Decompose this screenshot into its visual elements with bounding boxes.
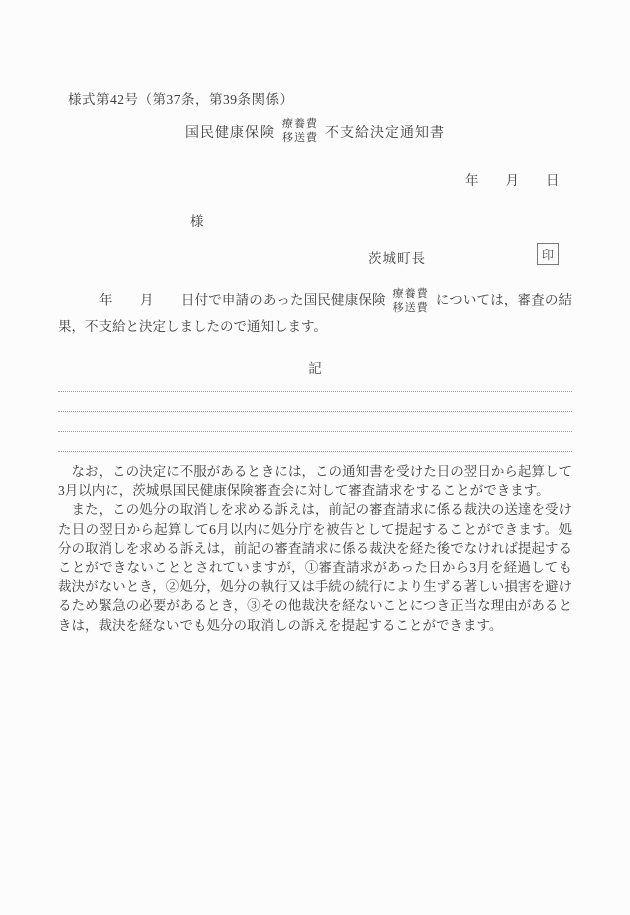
document-title: 国民健康保険 療養費 移送費 不支給決定通知書: [0, 118, 630, 145]
appeal-notes: なお，この決定に不服があるときには，この通知書を受けた日の翌日から起算して3月以…: [58, 462, 572, 635]
dotted-fill-line: [58, 372, 572, 392]
dotted-fill-line: [58, 432, 572, 452]
body-benefit-ryoyohi: 療養費: [393, 288, 429, 302]
decision-body: 年 月 日付で申請のあった国民健康保険療養費移送費については，審査の結果，不支給…: [58, 288, 572, 338]
issuer-mayor-name: 茨城町長: [368, 247, 426, 267]
seal-mark: 印: [542, 246, 554, 263]
title-insurance: 国民健康保険: [185, 122, 275, 142]
dotted-fill-line: [58, 392, 572, 412]
document-page: { "document": { "form_number": "様式第42号（第…: [0, 0, 630, 915]
dotted-fill-line: [58, 412, 572, 432]
body-benefit-isohi: 移送費: [393, 302, 429, 316]
appeal-note-request: なお，この決定に不服があるときには，この通知書を受けた日の翌日から起算して3月以…: [58, 462, 572, 500]
reason-fill-in-area: [58, 372, 572, 452]
issue-date-blank: 年 月 日: [465, 169, 560, 189]
title-benefit-type-stack: 療養費 移送費: [282, 118, 318, 145]
decision-text-before: 年 月 日付で申請のあった国民健康保険: [58, 293, 386, 308]
appeal-note-lawsuit: また，この処分の取消しを求める訴えは，前記の審査請求に係る裁決の送達を受けた日の…: [58, 500, 572, 634]
title-suffix: 不支給決定通知書: [325, 122, 445, 142]
title-benefit-ryoyohi: 療養費: [282, 118, 318, 132]
decision-paragraph: 年 月 日付で申請のあった国民健康保険療養費移送費については，審査の結果，不支給…: [58, 288, 572, 338]
title-benefit-isohi: 移送費: [282, 132, 318, 146]
form-number: 様式第42号（第37条，第39条関係）: [68, 88, 294, 108]
body-benefit-type-stack: 療養費移送費: [393, 288, 429, 315]
seal-box: 印: [537, 243, 559, 265]
addressee-honorific: 様: [190, 210, 204, 230]
